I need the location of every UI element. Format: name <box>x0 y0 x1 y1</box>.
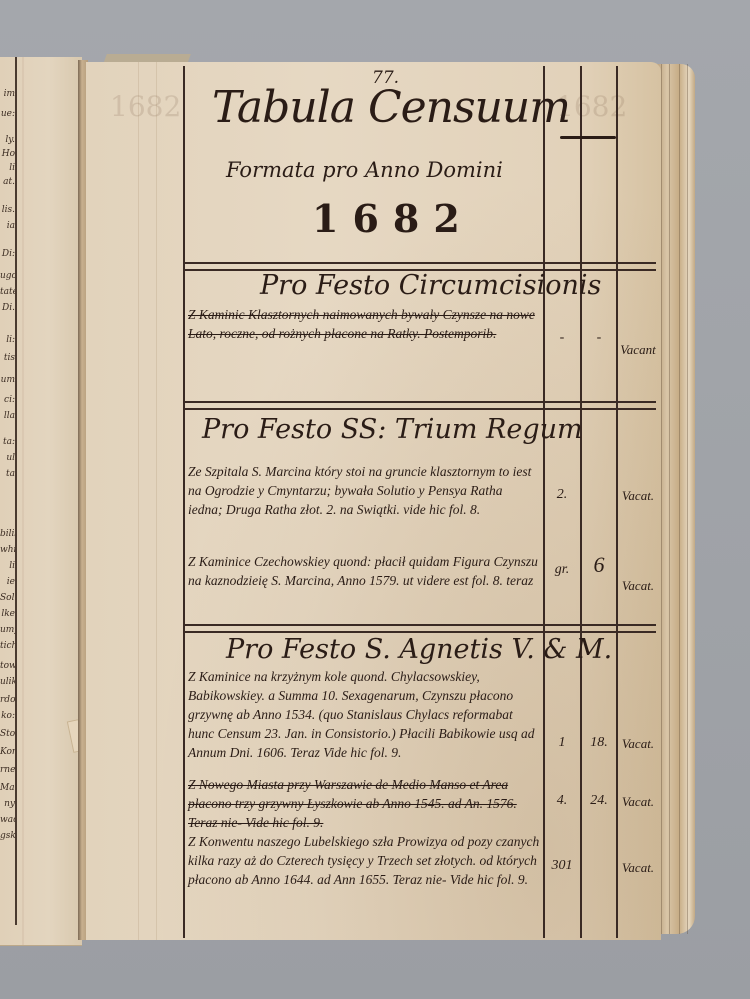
left-page-margin-rule <box>15 57 17 925</box>
left-fragment: ue: <box>0 107 15 121</box>
entry-text: Z Kaminice na krzyżnym kole quond. Chyla… <box>188 669 534 760</box>
left-fragment: umy <box>0 623 15 637</box>
entry-col1: - <box>545 330 579 346</box>
entry-status: Vacat. <box>617 860 659 876</box>
left-fragment: bilis: <box>0 527 15 541</box>
ledger-entry: Z Nowego Miasta przy Warszawie de Medio … <box>188 775 540 832</box>
left-fragment: tow: <box>0 659 15 673</box>
entry-status: Vacant <box>617 342 659 358</box>
show-through-rule <box>156 62 157 940</box>
entry-col2: 24. <box>582 793 616 809</box>
title-flourish <box>560 136 616 139</box>
left-fragment: tich <box>0 639 15 653</box>
ledger-entry: Z Kaminice na krzyżnym kole quond. Chyla… <box>188 667 540 762</box>
left-fragment: ta: <box>0 435 15 449</box>
left-fragment: ly. <box>0 133 15 147</box>
left-fragment: ny <box>0 797 15 811</box>
section-rule <box>183 631 656 633</box>
entry-text: Z Konwentu naszego Lubelskiego szła Prow… <box>188 834 539 887</box>
section-rule <box>183 262 656 264</box>
left-fragment: Mal <box>0 781 15 795</box>
left-fragment: at. <box>0 175 15 189</box>
left-fragment: li: <box>0 333 15 347</box>
left-fragment: ulik <box>0 675 15 689</box>
entry-col2: 6 <box>582 552 616 578</box>
entry-col2: - <box>582 330 616 346</box>
left-fragment: Soli <box>0 591 15 605</box>
show-through-rule <box>138 62 139 940</box>
show-through-year: 1682 <box>110 90 181 123</box>
entry-text: Ze Szpitala S. Marcina który stoi na gru… <box>188 464 531 517</box>
entry-status: Vacat. <box>617 736 659 752</box>
section-rule <box>183 408 656 410</box>
section-rule <box>183 401 656 403</box>
left-fragment: ul <box>0 451 15 465</box>
left-fragment: ugo <box>0 269 15 283</box>
left-fragment: lla <box>0 409 15 423</box>
left-fragment: im <box>0 87 15 101</box>
left-page: im ue: ly. Ho li at. lis. ia Di: ugo tat… <box>0 57 82 946</box>
left-fragment: wac <box>0 813 15 827</box>
entry-col1: 4. <box>545 793 579 809</box>
ledger-entry: Z Konwentu naszego Lubelskiego szła Prow… <box>188 832 540 889</box>
left-fragment: gski <box>0 829 15 843</box>
left-fragment: ie <box>0 575 15 589</box>
left-fragment: Ho <box>0 147 15 161</box>
left-fragment: ta <box>0 467 15 481</box>
entry-col1: 2. <box>545 487 579 503</box>
entry-col2: 18. <box>582 735 616 751</box>
entry-status: Vacat. <box>617 488 659 504</box>
left-fragment: li <box>0 559 15 573</box>
document-subtitle: Formata pro Anno Domini <box>226 158 503 182</box>
section-rule <box>183 624 656 626</box>
entry-text: Z Nowego Miasta przy Warszawie de Medio … <box>188 777 517 830</box>
entry-col1: 301 <box>545 858 579 874</box>
left-fragment: ko: <box>0 709 15 723</box>
ledger-entry: Ze Szpitala S. Marcina który stoi na gru… <box>188 462 540 519</box>
left-fragment: Sto. <box>0 727 15 741</box>
entry-status: Vacat. <box>617 794 659 810</box>
ledger-entry: Z Kaminic Klasztornych naimowanych bywał… <box>188 305 540 343</box>
left-fragment: tis <box>0 351 15 365</box>
left-fragment: lke <box>0 607 15 621</box>
left-fragment: whits <box>0 543 15 557</box>
left-margin-rule <box>183 66 185 938</box>
left-fragment: tate <box>0 285 15 299</box>
left-fragment: um <box>0 373 15 387</box>
left-page-ghost-line <box>22 57 24 945</box>
left-fragment: Di: <box>0 247 15 261</box>
left-fragment: rne: <box>0 763 15 777</box>
left-fragment: lis. <box>0 203 15 217</box>
left-fragment: Kon: <box>0 745 15 759</box>
document-year: 1682 <box>312 196 474 241</box>
entry-text: Z Kaminic Klasztornych naimowanych bywał… <box>188 307 535 341</box>
document-title: Tabula Censuum <box>212 82 570 133</box>
entry-text: Z Kaminice Czechowskiey quond: płacił qu… <box>188 554 538 588</box>
ledger-entry: Z Kaminice Czechowskiey quond: płacił qu… <box>188 552 540 590</box>
page-stack-edge <box>655 64 695 934</box>
left-fragment: ia <box>0 219 15 233</box>
left-fragment: li <box>0 161 15 175</box>
section-heading: Pro Festo S. Agnetis V. & M. <box>226 634 612 665</box>
section-heading: Pro Festo Circumcisionis <box>260 270 601 301</box>
left-fragment: Di. <box>0 301 15 315</box>
left-fragment: rdo: <box>0 693 15 707</box>
left-fragment: ci: <box>0 393 15 407</box>
section-heading: Pro Festo SS: Trium Regum <box>202 414 583 445</box>
entry-col1: gr. <box>545 562 579 578</box>
entry-col1: 1 <box>545 735 579 751</box>
entry-status: Vacat. <box>617 578 659 594</box>
